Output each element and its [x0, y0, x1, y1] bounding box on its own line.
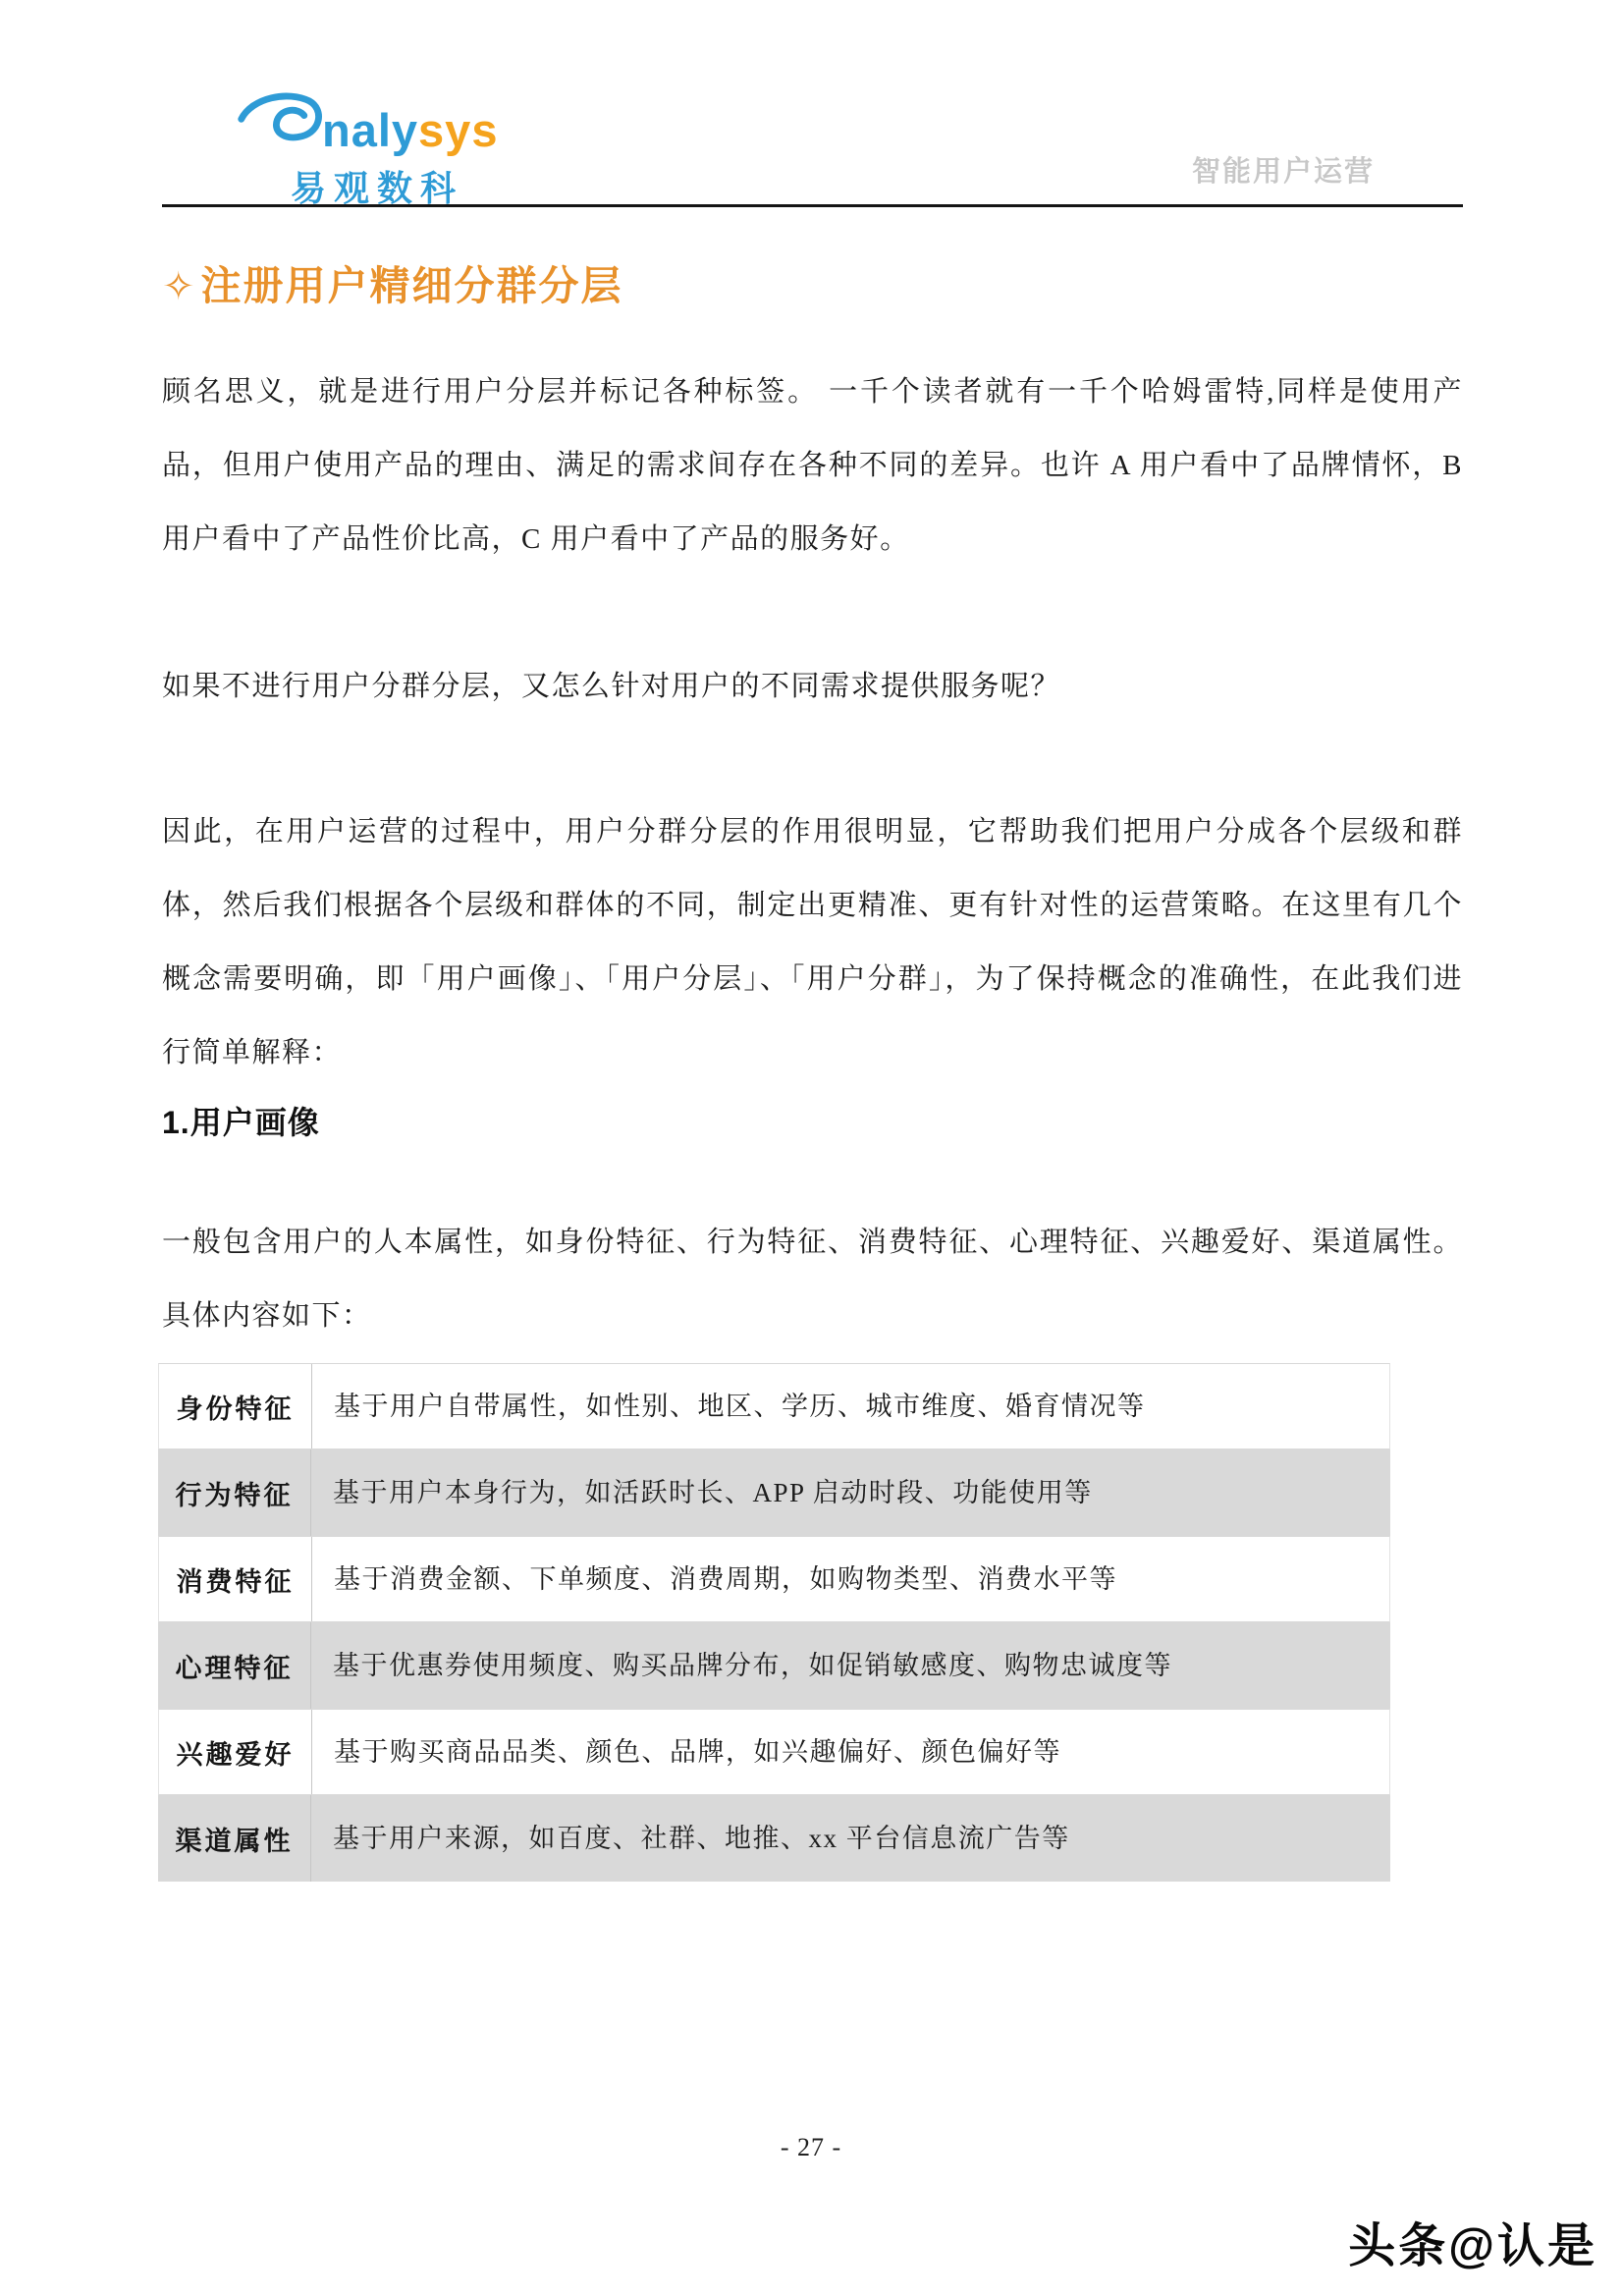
section-heading-text: 注册用户精细分群分层 [201, 263, 623, 308]
watermark: 头条@认是 [1348, 2208, 1597, 2275]
brand-text-orange: sys [418, 104, 498, 156]
table-row-desc: 基于用户本身行为，如活跃时长、APP 启动时段、功能使用等 [311, 1461, 1390, 1524]
paragraph-intro: 顾名思义，就是进行用户分层并标记各种标签。 一千个读者就有一千个哈姆雷特,同样是… [162, 355, 1463, 576]
analysys-swoosh-icon [234, 90, 328, 153]
table-row: 渠道属性 基于用户来源，如百度、社群、地推、xx 平台信息流广告等 [158, 1795, 1390, 1882]
table-row-label: 身份特征 [159, 1364, 312, 1449]
paragraph-explanation: 因此，在用户运营的过程中，用户分群分层的作用很明显，它帮助我们把用户分成各个层级… [162, 795, 1463, 1090]
header-divider [162, 204, 1463, 207]
table-row-label: 渠道属性 [158, 1795, 311, 1882]
brand-text: nalysys [322, 107, 498, 153]
paragraph-question: 如果不进行用户分群分层，又怎么针对用户的不同需求提供服务呢？ [162, 650, 1463, 724]
table-row-desc: 基于消费金额、下单频度、消费周期，如购物类型、消费水平等 [312, 1548, 1389, 1611]
logo-wordmark: nalysys [234, 90, 587, 153]
table-row: 兴趣爱好 基于购买商品品类、颜色、品牌，如兴趣偏好、颜色偏好等 [158, 1709, 1390, 1795]
document-page: nalysys 易观数科 智能用户运营 ✧注册用户精细分群分层 顾名思义，就是进… [0, 0, 1622, 2296]
subsection-heading: 1.用户画像 [162, 1098, 1463, 1143]
analysys-logo: nalysys 易观数科 [234, 90, 587, 211]
table-row-desc: 基于用户来源，如百度、社群、地推、xx 平台信息流广告等 [311, 1807, 1390, 1870]
table-row: 消费特征 基于消费金额、下单频度、消费周期，如购物类型、消费水平等 [158, 1536, 1390, 1622]
table-row-label: 兴趣爱好 [159, 1710, 312, 1794]
paragraph-subsection-intro: 一般包含用户的人本属性，如身份特征、行为特征、消费特征、心理特征、兴趣爱好、渠道… [162, 1206, 1463, 1353]
four-pointed-star-icon: ✧ [162, 265, 197, 308]
section-heading: ✧注册用户精细分群分层 [162, 253, 1463, 311]
table-row-label: 行为特征 [158, 1449, 311, 1536]
table-row-desc: 基于购买商品品类、颜色、品牌，如兴趣偏好、颜色偏好等 [312, 1721, 1389, 1783]
table-row-label: 消费特征 [159, 1537, 312, 1621]
table-row: 身份特征 基于用户自带属性，如性别、地区、学历、城市维度、婚育情况等 [158, 1363, 1390, 1449]
table-row-label: 心理特征 [158, 1622, 311, 1709]
brand-text-blue: naly [322, 104, 418, 156]
table-row: 行为特征 基于用户本身行为，如活跃时长、APP 启动时段、功能使用等 [158, 1449, 1390, 1536]
table-row-desc: 基于用户自带属性，如性别、地区、学历、城市维度、婚育情况等 [312, 1375, 1389, 1438]
page-number: - 27 - [0, 2133, 1622, 2162]
user-profile-table: 身份特征 基于用户自带属性，如性别、地区、学历、城市维度、婚育情况等 行为特征 … [158, 1363, 1390, 1882]
page-header: nalysys 易观数科 智能用户运营 [0, 0, 1622, 208]
table-row: 心理特征 基于优惠券使用频度、购买品牌分布，如促销敏感度、购物忠诚度等 [158, 1622, 1390, 1709]
document-running-title: 智能用户运营 [1192, 149, 1375, 190]
table-row-desc: 基于优惠券使用频度、购买品牌分布，如促销敏感度、购物忠诚度等 [311, 1634, 1390, 1697]
